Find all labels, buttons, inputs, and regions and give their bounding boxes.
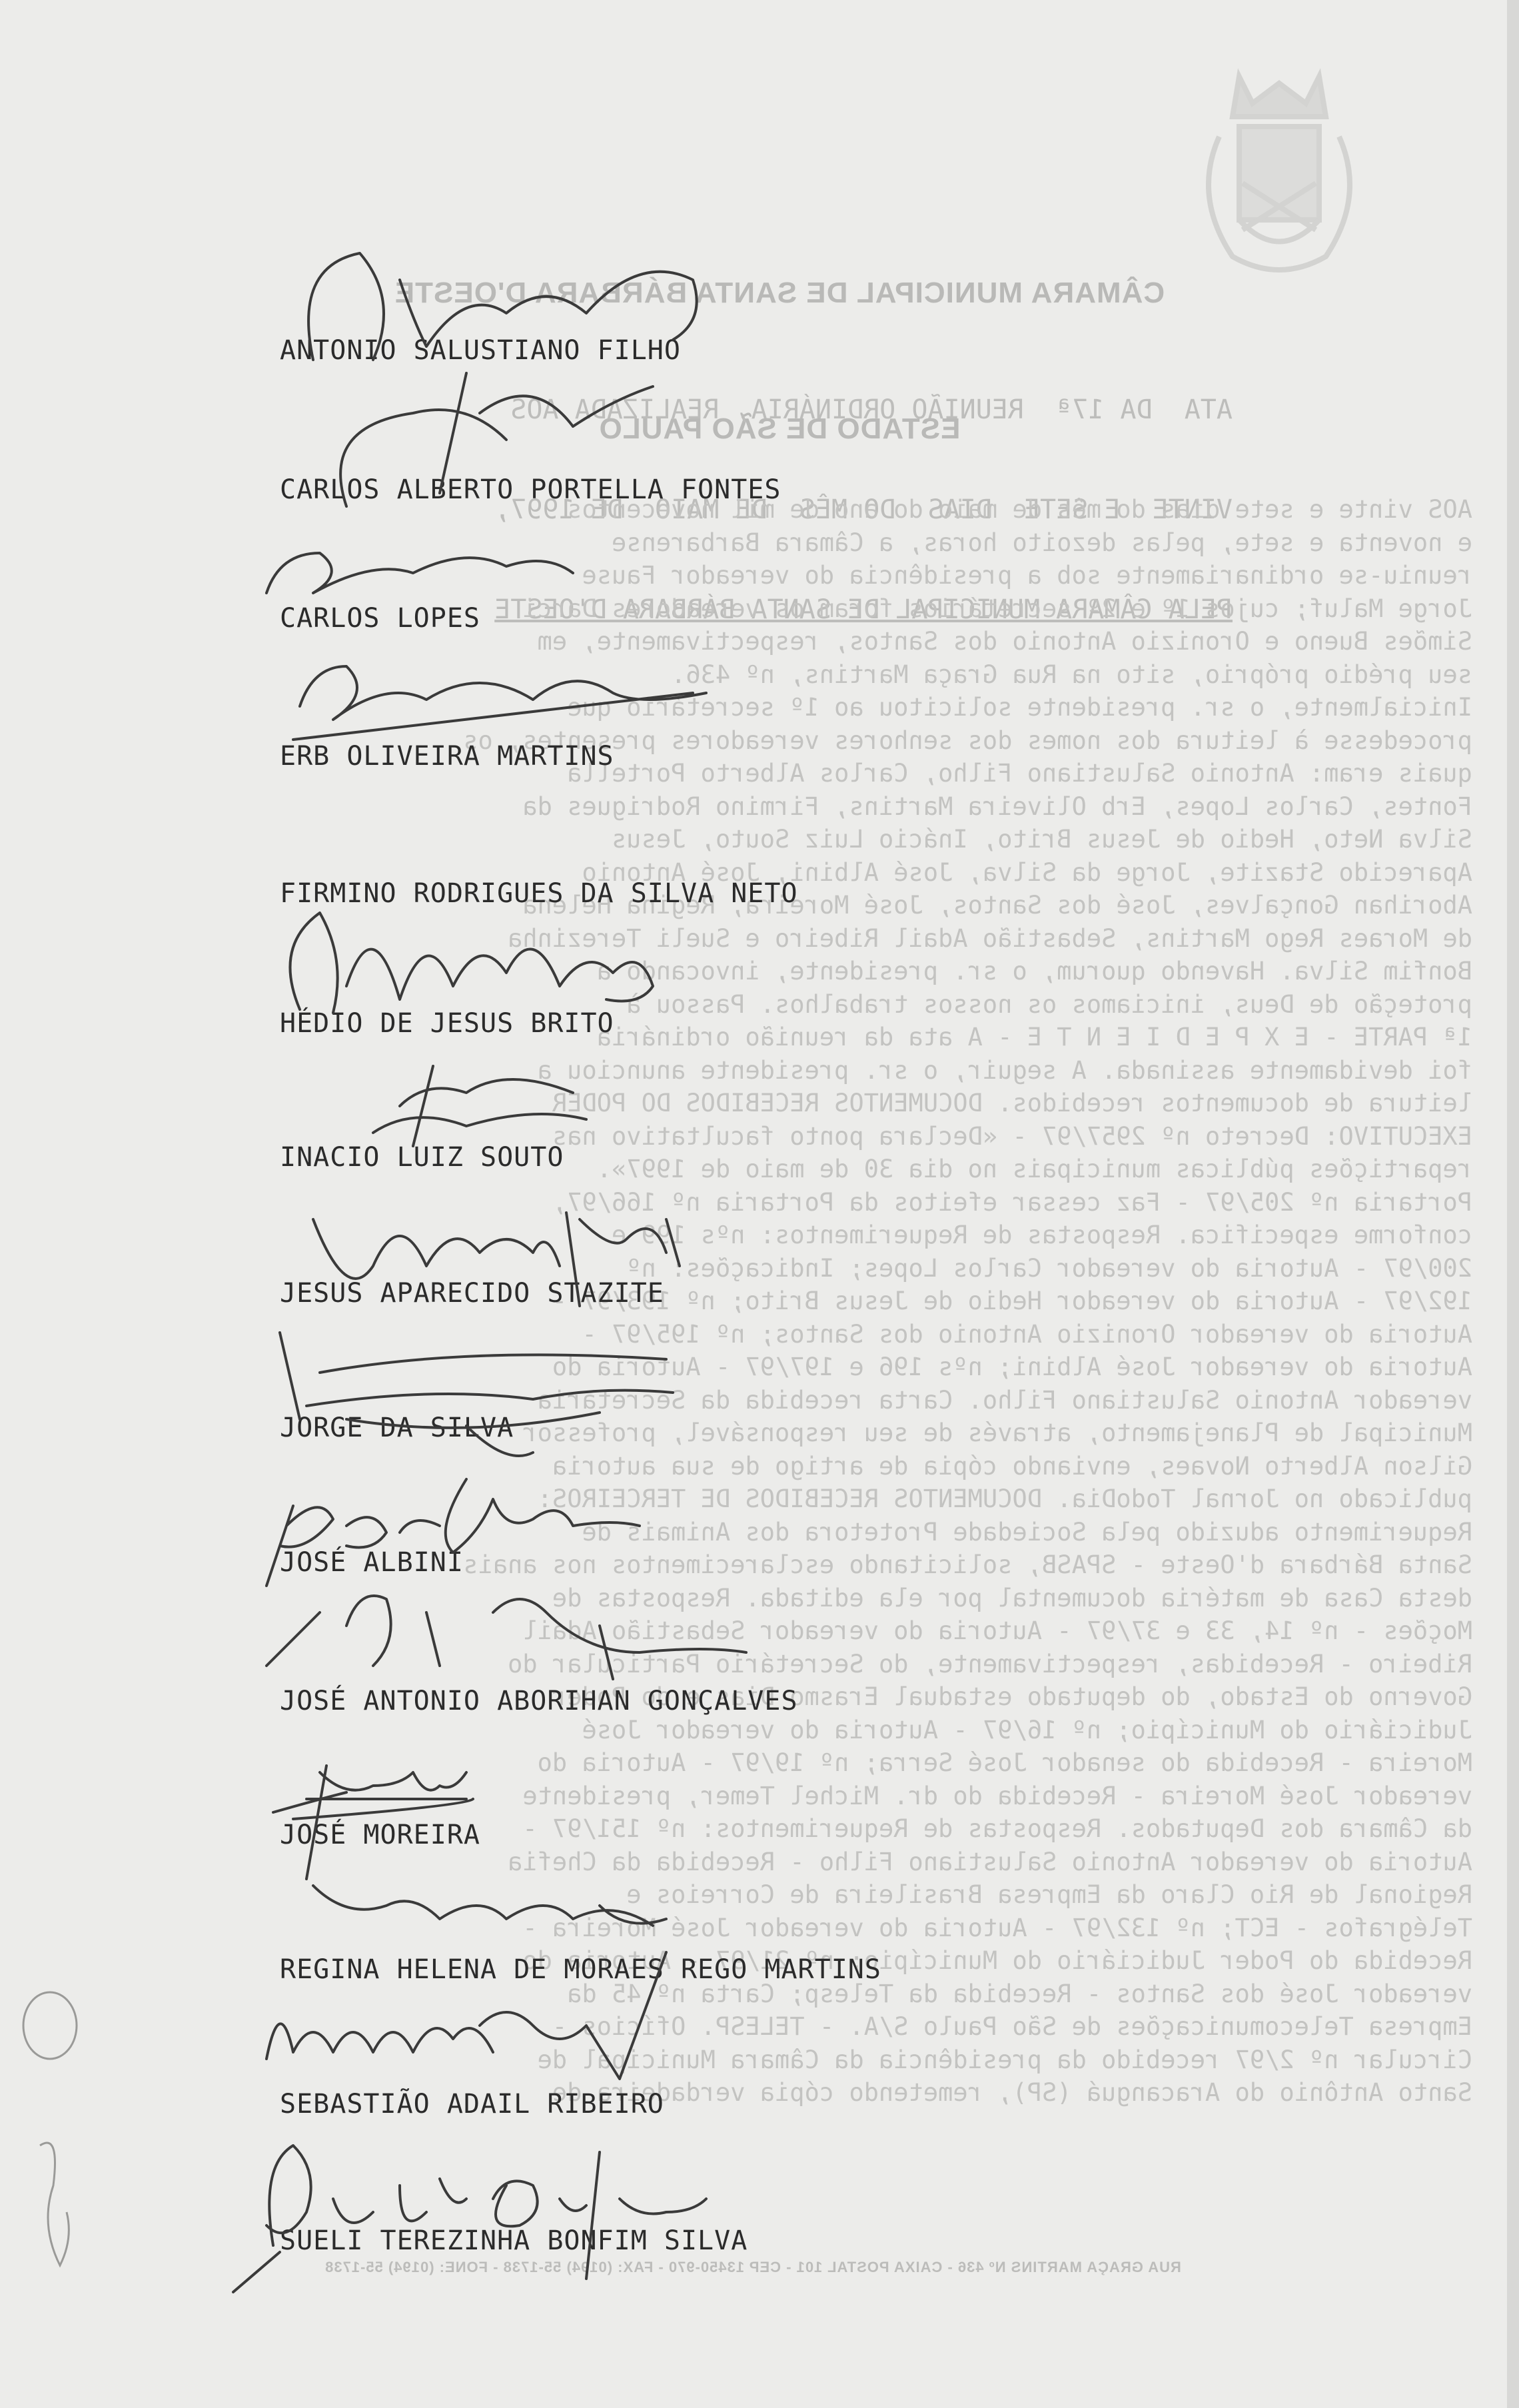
margin-annotation-mark [13,1986,87,2292]
signatory-name: CARLOS ALBERTO PORTELLA FONTES [280,474,781,505]
signatory-name: JESUS APARECIDO STAZITE [280,1278,664,1309]
signatory-name: ANTONIO SALUSTIANO FILHO [280,335,681,366]
signatory-name: HÉDIO DE JESUS BRITO [280,1008,614,1039]
signatory-name: JOSÉ ANTONIO ABORIHAN GONÇALVES [280,1686,798,1716]
signatory-name: SEBASTIÃO ADAIL RIBEIRO [280,2089,664,2119]
bleed-through-footer: RUA GRAÇA MARTINS Nº 436 - CAIXA POSTAL … [0,2259,1506,2276]
signatory-name: FIRMINO RODRIGUES DA SILVA NETO [280,878,798,909]
signatory-name: SUELI TEREZINHA BONFIM SILVA [280,2225,748,2256]
signatory-name: JOSÉ ALBINI [280,1547,464,1578]
signatory-name: CARLOS LOPES [280,603,480,634]
signatory-name: JOSÉ MOREIRA [280,1820,480,1850]
page-edge [1507,0,1519,2408]
signatory-name: INACIO LUIZ SOUTO [280,1142,564,1173]
bleed-header-line1: CÂMARA MUNICIPAL DE SANTA BÁRBARA D'OEST… [280,271,1279,316]
signatory-name: REGINA HELENA DE MORAES REGO MARTINS [280,1954,881,1985]
signatory-name: JORGE DA SILVA [280,1413,514,1443]
bleed-title-line1: ATA DA 17ª REUNIÃO ORDINÁRIA, REALIZADA … [286,393,1233,426]
signatory-name: ERB OLIVEIRA MARTINS [280,741,614,772]
